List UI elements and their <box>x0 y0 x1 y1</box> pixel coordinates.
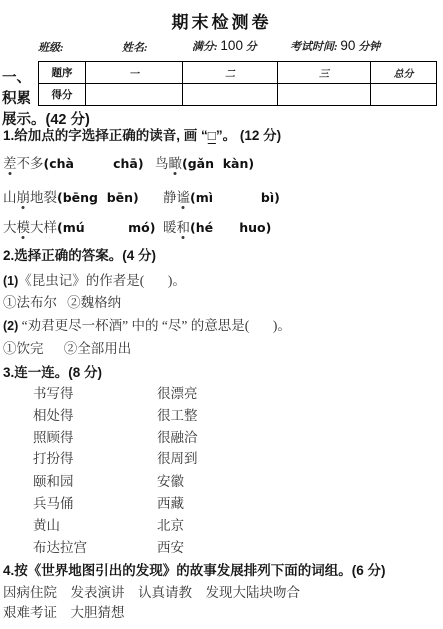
q2-sub1-options: ①法布尔 ②魏格纳 <box>3 291 121 311</box>
match-right-item: 很融洽 <box>157 426 198 446</box>
q2-sub2-text: “劝君更尽一杯酒” 中的 “尽” 的意思是( )。 <box>18 318 291 333</box>
q2-sub2-number: (2) <box>3 319 18 333</box>
q2-sub1-number: (1) <box>3 274 18 288</box>
exam-time-label: 考试时间: <box>290 41 340 53</box>
score-cell <box>183 84 278 106</box>
q1-title-pre: 1.给加点的字选择正确的读音, 画 “ <box>3 128 208 143</box>
exam-time-value: 90 <box>340 38 355 53</box>
q3-title: 3.连一连。(8 分) <box>3 361 102 381</box>
column-three: 三 <box>278 62 371 84</box>
match-right-item: 西安 <box>157 536 184 556</box>
pronunciation-item: 差不多(chà chā) <box>3 152 144 172</box>
pronunciation-item: 山崩地裂(bēng bēn) <box>3 186 139 206</box>
class-label: 班级: <box>38 39 64 55</box>
match-left-item: 颐和园 <box>33 470 74 490</box>
match-left-item: 照顾得 <box>33 426 74 446</box>
match-right-item: 北京 <box>157 514 184 534</box>
full-score-value: 100 <box>220 38 243 53</box>
score-label: 得分 <box>39 84 86 106</box>
section1-heading-part1: 一、 <box>2 66 31 87</box>
match-right-item: 安徽 <box>157 470 184 490</box>
match-right-item: 很周到 <box>157 447 198 467</box>
name-label: 姓名: <box>122 39 148 55</box>
match-left-item: 布达拉宫 <box>33 536 87 556</box>
match-right-item: 西藏 <box>157 492 184 512</box>
match-left-item: 相处得 <box>33 404 74 424</box>
question-order-label: 题序 <box>39 62 86 84</box>
score-cell <box>86 84 183 106</box>
score-table-score-row: 得分 <box>39 84 437 106</box>
q2-sub1: (1)《昆虫记》的作者是( )。 <box>3 269 186 290</box>
score-table-header-row: 题序 一 二 三 总分 <box>39 62 437 84</box>
box-glyph: □ <box>208 128 216 143</box>
full-score-unit: 分 <box>243 41 257 53</box>
score-cell <box>278 84 371 106</box>
q2-sub1-text: 《昆虫记》的作者是( )。 <box>18 273 186 288</box>
q4-word-group-line2: 艰难考证 大胆猜想 <box>3 601 125 621</box>
q2-sub2: (2) “劝君更尽一杯酒” 中的 “尽” 的意思是( )。 <box>3 314 291 335</box>
q2-title: 2.选择正确的答案。(4 分) <box>3 244 156 264</box>
exam-time-unit: 分钟 <box>355 41 380 53</box>
full-score: 满分: 100 分 <box>192 37 257 55</box>
match-right-item: 很工整 <box>157 404 198 424</box>
match-left-item: 书写得 <box>33 382 74 402</box>
match-left-item: 打扮得 <box>33 447 74 467</box>
match-left-item: 黄山 <box>33 514 60 534</box>
full-score-label: 满分: <box>192 41 220 53</box>
pronunciation-item: 暖和(hé huo) <box>163 216 271 236</box>
score-cell <box>371 84 437 106</box>
exam-paper-page: 期末检测卷 班级: 姓名: 满分: 100 分 考试时间: 90 分钟 题序 一… <box>0 0 443 629</box>
column-two: 二 <box>183 62 278 84</box>
exam-time: 考试时间: 90 分钟 <box>290 37 380 55</box>
section1-heading-part2: 积累 <box>2 87 31 108</box>
q4-title: 4.按《世界地图引出的发现》的故事发展排列下面的词组。(6 分) <box>3 559 386 579</box>
score-table: 题序 一 二 三 总分 得分 <box>38 61 437 106</box>
pronunciation-item: 大模大样(mú mó) <box>3 216 155 236</box>
pronunciation-item: 静谧(mì bì) <box>163 186 280 206</box>
q1-title-post: ”。 (12 分) <box>216 128 281 143</box>
column-total: 总分 <box>371 62 437 84</box>
match-right-item: 很漂亮 <box>157 382 198 402</box>
q1-title: 1.给加点的字选择正确的读音, 画 “□”。 (12 分) <box>3 124 281 144</box>
pronunciation-item: 鸟瞰(gǎn kàn) <box>155 152 254 172</box>
column-one: 一 <box>86 62 183 84</box>
match-left-item: 兵马俑 <box>33 492 74 512</box>
q4-word-group-line1: 因病住院 发表演讲 认真请教 发现大陆块吻合 <box>3 581 300 601</box>
paper-title: 期末检测卷 <box>0 8 443 33</box>
q2-sub2-options: ①饮完 ②全部用出 <box>3 337 131 357</box>
